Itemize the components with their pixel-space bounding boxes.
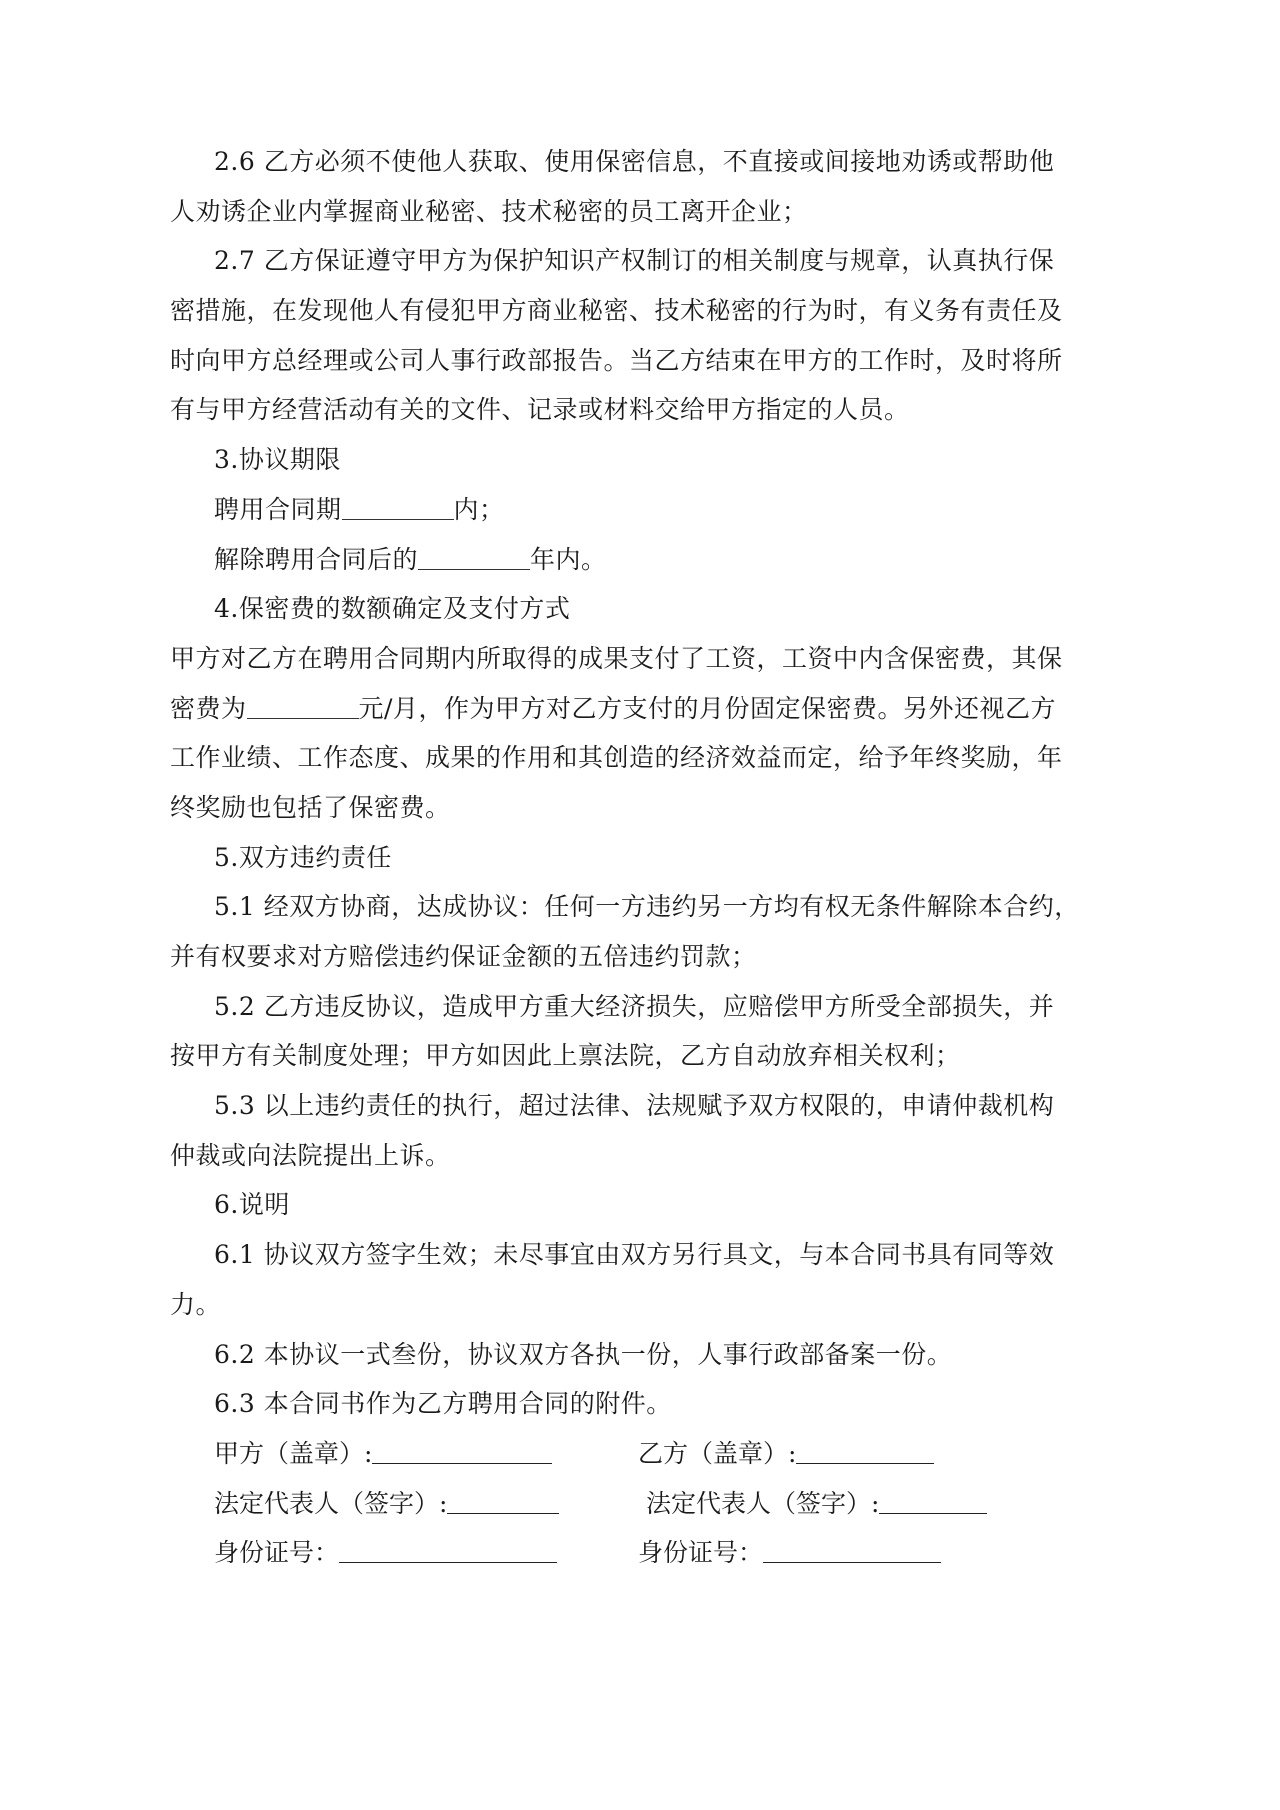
party-b-id: 身份证号： — [638, 1528, 941, 1578]
clause-2-7-line-1: 2.7 乙方保证遵守甲方为保护知识产权制订的相关制度与规章，认真执行保 — [170, 236, 1100, 286]
party-b-seal: 乙方（盖章）: — [638, 1429, 934, 1479]
party-b-seal-label: 乙方（盖章）: — [638, 1439, 796, 1468]
party-b-id-blank[interactable] — [763, 1530, 941, 1563]
party-b-rep-blank[interactable] — [879, 1481, 987, 1514]
party-a-representative: 法定代表人（签字）: — [214, 1479, 559, 1529]
party-a-id-blank[interactable] — [339, 1530, 557, 1563]
clause-6-3: 6.3 本合同书作为乙方聘用合同的附件。 — [170, 1379, 1100, 1429]
clause-2-6-line-2: 人劝诱企业内掌握商业秘密、技术秘密的员工离开企业； — [170, 187, 1100, 237]
clause-5-1-line-2: 并有权要求对方赔偿违约保证金额的五倍违约罚款； — [170, 932, 1100, 982]
section-4-line-4: 终奖励也包括了保密费。 — [170, 783, 1100, 833]
signature-row-seal: 甲方（盖章）: 乙方（盖章）: — [170, 1429, 1100, 1479]
term-contract-blank[interactable] — [342, 487, 454, 520]
term-contract-period: 聘用合同期内； — [170, 485, 1100, 535]
party-a-rep-blank[interactable] — [447, 1481, 559, 1514]
clause-5-1-line-1: 5.1 经双方协商，达成协议：任何一方违约另一方均有权无条件解除本合约， — [170, 882, 1100, 932]
term-contract-label: 聘用合同期 — [214, 495, 342, 524]
section-5-heading: 5.双方违约责任 — [170, 833, 1100, 883]
fee-label: 密费为 — [170, 694, 247, 723]
party-b-rep-label: 法定代表人（签字）: — [646, 1489, 879, 1518]
signature-row-representative: 法定代表人（签字）: 法定代表人（签字）: — [170, 1479, 1100, 1529]
fee-suffix: 元/月，作为甲方对乙方支付的月份固定保密费。另外还视乙方 — [359, 694, 1056, 723]
term-contract-suffix: 内； — [454, 495, 505, 524]
party-b-seal-blank[interactable] — [796, 1431, 934, 1464]
section-4-line-2: 密费为元/月，作为甲方对乙方支付的月份固定保密费。另外还视乙方 — [170, 684, 1100, 734]
clause-2-6-line-1: 2.6 乙方必须不使他人获取、使用保密信息，不直接或间接地劝诱或帮助他 — [170, 137, 1100, 187]
party-a-rep-label: 法定代表人（签字）: — [214, 1489, 447, 1518]
clause-2-7-line-2: 密措施，在发现他人有侵犯甲方商业秘密、技术秘密的行为时，有义务有责任及 — [170, 286, 1100, 336]
fee-amount-blank[interactable] — [247, 686, 359, 719]
clause-6-2: 6.2 本协议一式叁份，协议双方各执一份，人事行政部备案一份。 — [170, 1330, 1100, 1380]
clause-2-7-line-3: 时向甲方总经理或公司人事行政部报告。当乙方结束在甲方的工作时，及时将所 — [170, 336, 1100, 386]
clause-5-3-line-1: 5.3 以上违约责任的执行，超过法律、法规赋予双方权限的，申请仲裁机构 — [170, 1081, 1100, 1131]
term-after-label: 解除聘用合同后的 — [214, 545, 418, 574]
document-page: 2.6 乙方必须不使他人获取、使用保密信息，不直接或间接地劝诱或帮助他 人劝诱企… — [170, 137, 1100, 1578]
clause-5-2-line-2: 按甲方有关制度处理；甲方如因此上禀法院，乙方自动放弃相关权利； — [170, 1031, 1100, 1081]
section-4-heading: 4.保密费的数额确定及支付方式 — [170, 584, 1100, 634]
party-b-id-label: 身份证号： — [638, 1538, 763, 1567]
section-4-line-1: 甲方对乙方在聘用合同期内所取得的成果支付了工资，工资中内含保密费，其保 — [170, 634, 1100, 684]
term-after-blank[interactable] — [418, 537, 530, 570]
party-a-seal-blank[interactable] — [372, 1431, 552, 1464]
term-after-termination: 解除聘用合同后的年内。 — [170, 535, 1100, 585]
clause-5-3-line-2: 仲裁或向法院提出上诉。 — [170, 1131, 1100, 1181]
clause-6-1-line-1: 6.1 协议双方签字生效；未尽事宜由双方另行具文，与本合同书具有同等效 — [170, 1230, 1100, 1280]
party-a-id-label: 身份证号： — [214, 1538, 339, 1567]
clause-6-1-line-2: 力。 — [170, 1280, 1100, 1330]
section-4-line-3: 工作业绩、工作态度、成果的作用和其创造的经济效益而定，给予年终奖励，年 — [170, 733, 1100, 783]
term-after-suffix: 年内。 — [530, 545, 607, 574]
section-6-heading: 6.说明 — [170, 1180, 1100, 1230]
party-b-representative: 法定代表人（签字）: — [646, 1479, 987, 1529]
party-a-seal-label: 甲方（盖章）: — [214, 1439, 372, 1468]
clause-5-2-line-1: 5.2 乙方违反协议，造成甲方重大经济损失，应赔偿甲方所受全部损失，并 — [170, 982, 1100, 1032]
signature-row-id: 身份证号： 身份证号： — [170, 1528, 1100, 1578]
section-3-heading: 3.协议期限 — [170, 435, 1100, 485]
party-a-seal: 甲方（盖章）: — [214, 1429, 552, 1479]
clause-2-7-line-4: 有与甲方经营活动有关的文件、记录或材料交给甲方指定的人员。 — [170, 385, 1100, 435]
party-a-id: 身份证号： — [214, 1528, 557, 1578]
